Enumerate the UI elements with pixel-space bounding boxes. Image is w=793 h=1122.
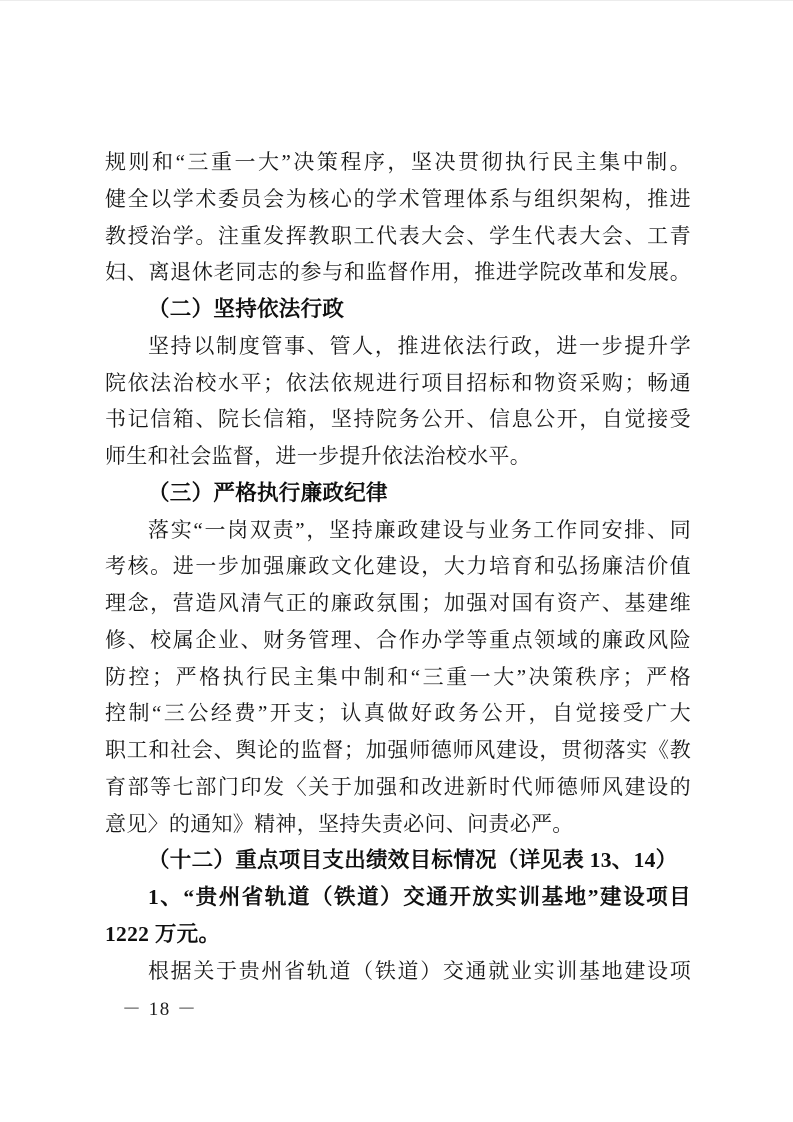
text-line: 落实“一岗双责”，坚持廉政建设与业务工作同安排、同 xyxy=(105,512,691,549)
text-line: 修、校属企业、财务管理、合作办学等重点领域的廉政风险 xyxy=(105,622,691,659)
heading-line: （三）严格执行廉政纪律 xyxy=(105,475,691,512)
text-line: 理念，营造风清气正的廉政氛围；加强对国有资产、基建维 xyxy=(105,585,691,622)
text-line: 教授治学。注重发挥教职工代表大会、学生代表大会、工青 xyxy=(105,218,691,255)
heading-line: 1、“贵州省轨道（铁道）交通开放实训基地”建设项目 xyxy=(105,879,691,916)
text-line: 健全以学术委员会为核心的学术管理体系与组织架构，推进 xyxy=(105,181,691,218)
heading-line: （十二）重点项目支出绩效目标情况（详见表 13、14） xyxy=(105,842,691,879)
heading-line: 1222 万元。 xyxy=(105,916,691,953)
text-line: 根据关于贵州省轨道（铁道）交通就业实训基地建设项 xyxy=(105,953,691,990)
text-line: 书记信箱、院长信箱，坚持院务公开、信息公开，自觉接受 xyxy=(105,401,691,438)
text-line: 防控；严格执行民主集中制和“三重一大”决策秩序；严格 xyxy=(105,659,691,696)
document-page: 规则和“三重一大”决策程序，坚决贯彻执行民主集中制。健全以学术委员会为核心的学术… xyxy=(0,0,793,1122)
heading-line: （二）坚持依法行政 xyxy=(105,291,691,328)
page-number: － 18 － xyxy=(122,994,198,1021)
text-line: 坚持以制度管事、管人，推进依法行政，进一步提升学 xyxy=(105,328,691,365)
text-line: 院依法治校水平；依法依规进行项目招标和物资采购；畅通 xyxy=(105,365,691,402)
text-line: 妇、离退休老同志的参与和监督作用，推进学院改革和发展。 xyxy=(105,254,691,291)
document-viewer: { "page": { "number_label": "－ 18 －", "l… xyxy=(0,0,793,1122)
text-line: 师生和社会监督，进一步提升依法治校水平。 xyxy=(105,438,691,475)
text-line: 规则和“三重一大”决策程序，坚决贯彻执行民主集中制。 xyxy=(105,144,691,181)
text-line: 考核。进一步加强廉政文化建设，大力培育和弘扬廉洁价值 xyxy=(105,548,691,585)
text-line: 育部等七部门印发〈关于加强和改进新时代师德师风建设的 xyxy=(105,769,691,806)
document-text-block: 规则和“三重一大”决策程序，坚决贯彻执行民主集中制。健全以学术委员会为核心的学术… xyxy=(105,144,691,989)
text-line: 意见〉的通知》精神，坚持失责必问、问责必严。 xyxy=(105,806,691,843)
text-line: 控制“三公经费”开支；认真做好政务公开，自觉接受广大 xyxy=(105,695,691,732)
text-line: 职工和社会、舆论的监督；加强师德师风建设，贯彻落实《教 xyxy=(105,732,691,769)
